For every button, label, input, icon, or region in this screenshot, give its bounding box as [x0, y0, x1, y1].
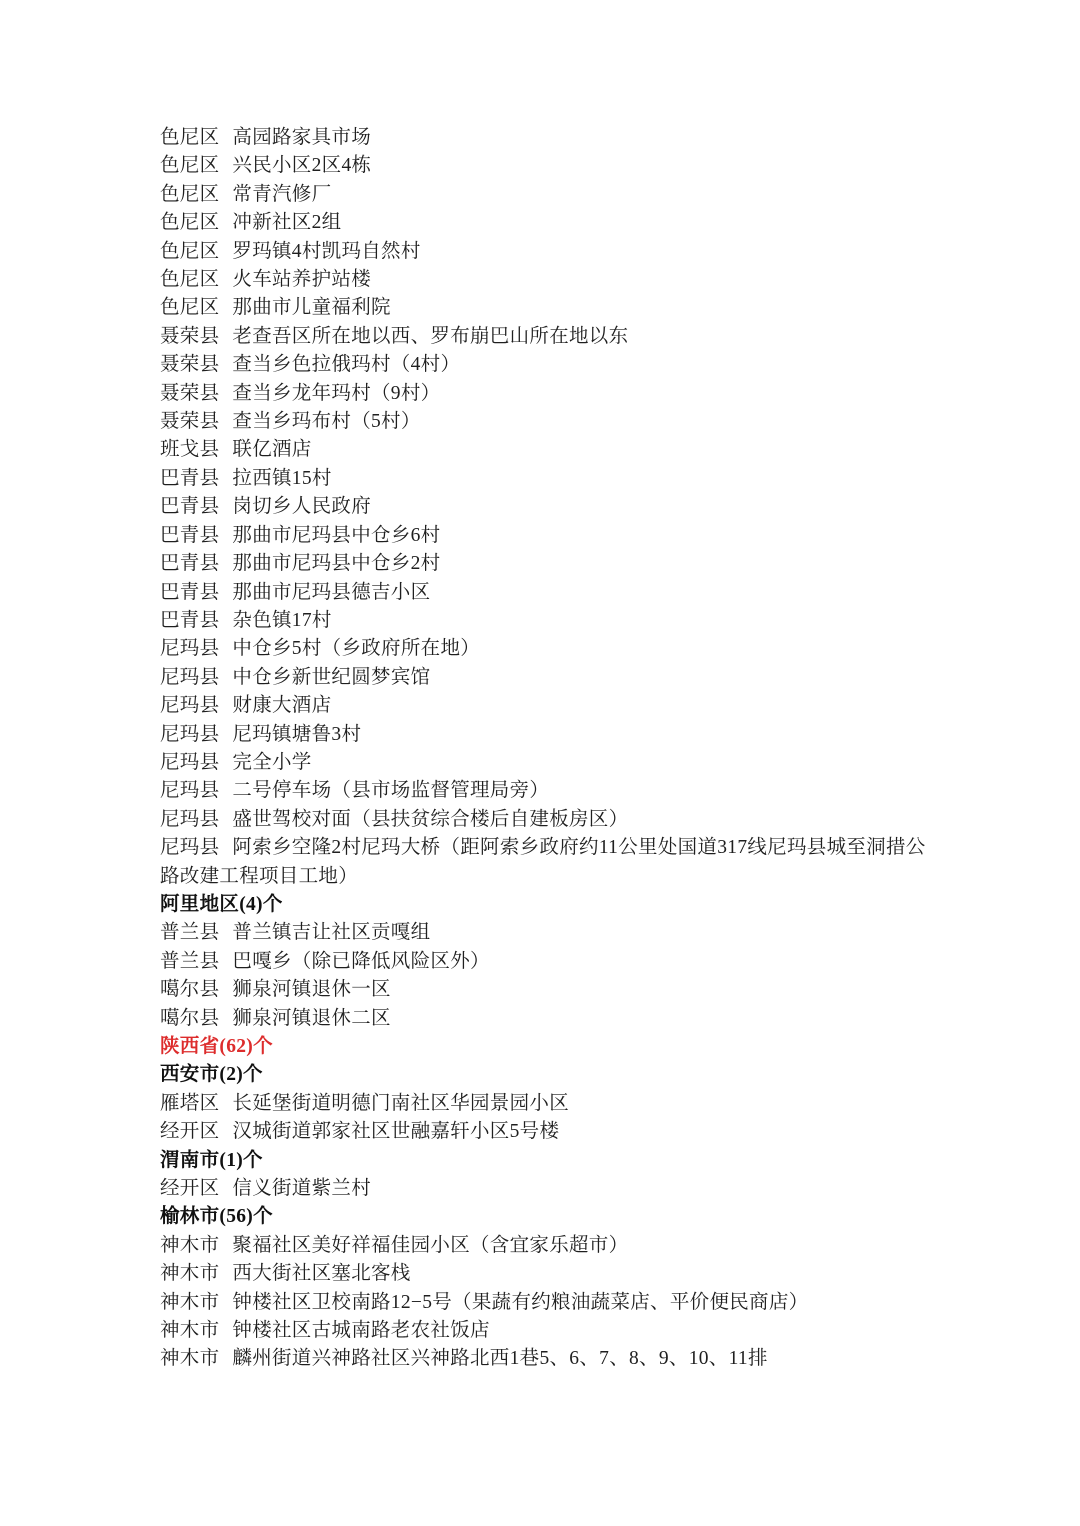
- county-label: 色尼区: [160, 127, 219, 148]
- city-header: 榆林市(56)个: [160, 1203, 926, 1231]
- place-text: 麟州街道兴神路社区兴神路北西1巷5、6、7、8、9、10、11排: [232, 1348, 767, 1369]
- list-item: 色尼区罗玛镇4村凯玛自然村: [160, 238, 926, 266]
- list-item: 聂荣县查当乡玛布村（5村）: [160, 408, 926, 436]
- place-text: 查当乡色拉俄玛村（4村）: [232, 354, 460, 375]
- list-item: 巴青县那曲市尼玛县中仓乡2村: [160, 550, 926, 578]
- list-item: 神木市西大街社区塞北客栈: [160, 1260, 926, 1288]
- list-item: 巴青县杂色镇17村: [160, 607, 926, 635]
- place-text: 查当乡玛布村（5村）: [232, 411, 420, 432]
- county-label: 神木市: [160, 1292, 219, 1313]
- list-item: 聂荣县老查吾区所在地以西、罗布崩巴山所在地以东: [160, 323, 926, 351]
- county-label: 色尼区: [160, 241, 219, 262]
- place-text: 狮泉河镇退休一区: [232, 979, 390, 1000]
- place-text: 联亿酒店: [232, 439, 311, 460]
- place-text: 中仓乡5村（乡政府所在地）: [232, 638, 480, 659]
- county-label: 尼玛县: [160, 780, 219, 801]
- place-text: 完全小学: [232, 752, 311, 773]
- list-item: 噶尔县狮泉河镇退休二区: [160, 1005, 926, 1033]
- place-text: 汉城街道郭家社区世融嘉轩小区5号楼: [232, 1121, 559, 1142]
- place-text: 盛世驾校对面（县扶贫综合楼后自建板房区）: [232, 809, 628, 830]
- list-item: 色尼区高园路家具市场: [160, 124, 926, 152]
- place-text: 中仓乡新世纪圆梦宾馆: [232, 667, 430, 688]
- place-text: 普兰镇吉让社区贡嘎组: [232, 922, 430, 943]
- list-item: 经开区汉城街道郭家社区世融嘉轩小区5号楼: [160, 1118, 926, 1146]
- place-text: 拉西镇15村: [232, 468, 331, 489]
- place-text: 岗切乡人民政府: [232, 496, 371, 517]
- county-label: 色尼区: [160, 212, 219, 233]
- list-item: 经开区信义街道紫兰村: [160, 1175, 926, 1203]
- list-item: 尼玛县完全小学: [160, 749, 926, 777]
- list-item: 聂荣县查当乡龙年玛村（9村）: [160, 380, 926, 408]
- county-label: 巴青县: [160, 610, 219, 631]
- place-text: 信义街道紫兰村: [232, 1178, 371, 1199]
- list-item: 色尼区常青汽修厂: [160, 181, 926, 209]
- list-item: 神木市麟州街道兴神路社区兴神路北西1巷5、6、7、8、9、10、11排: [160, 1345, 926, 1373]
- list-item: 巴青县那曲市尼玛县中仓乡6村: [160, 522, 926, 550]
- county-label: 雁塔区: [160, 1093, 219, 1114]
- county-label: 神木市: [160, 1348, 219, 1369]
- county-label: 巴青县: [160, 468, 219, 489]
- county-label: 色尼区: [160, 269, 219, 290]
- list-item: 尼玛县阿索乡空隆2村尼玛大桥（距阿索乡政府约11公里处国道317线尼玛县城至洞措…: [160, 834, 926, 891]
- place-text: 老查吾区所在地以西、罗布崩巴山所在地以东: [232, 326, 628, 347]
- place-text: 冲新社区2组: [232, 212, 341, 233]
- county-label: 尼玛县: [160, 837, 219, 858]
- place-text: 二号停车场（县市场监督管理局旁）: [232, 780, 549, 801]
- county-label: 经开区: [160, 1178, 219, 1199]
- place-text: 罗玛镇4村凯玛自然村: [232, 241, 420, 262]
- county-label: 巴青县: [160, 582, 219, 603]
- place-text: 兴民小区2区4栋: [232, 155, 371, 176]
- county-label: 聂荣县: [160, 383, 219, 404]
- county-label: 尼玛县: [160, 667, 219, 688]
- city-header: 渭南市(1)个: [160, 1147, 926, 1175]
- county-label: 巴青县: [160, 525, 219, 546]
- place-text: 那曲市尼玛县德吉小区: [232, 582, 430, 603]
- place-text: 阿索乡空隆2村尼玛大桥（距阿索乡政府约11公里处国道317线尼玛县城至洞措公路改…: [160, 837, 926, 886]
- place-text: 常青汽修厂: [232, 184, 331, 205]
- place-text: 火车站养护站楼: [232, 269, 371, 290]
- county-label: 噶尔县: [160, 1008, 219, 1029]
- list-item: 尼玛县中仓乡新世纪圆梦宾馆: [160, 664, 926, 692]
- place-text: 钟楼社区古城南路老农社饭店: [232, 1320, 489, 1341]
- place-text: 查当乡龙年玛村（9村）: [232, 383, 440, 404]
- place-text: 尼玛镇塘鲁3村: [232, 724, 361, 745]
- county-label: 普兰县: [160, 922, 219, 943]
- place-text: 巴嘎乡（除已降低风险区外）: [232, 951, 489, 972]
- list-item: 雁塔区长延堡街道明德门南社区华园景园小区: [160, 1090, 926, 1118]
- list-item: 尼玛县财康大酒店: [160, 692, 926, 720]
- list-item: 聂荣县查当乡色拉俄玛村（4村）: [160, 351, 926, 379]
- county-label: 神木市: [160, 1263, 219, 1284]
- list-item: 色尼区火车站养护站楼: [160, 266, 926, 294]
- list-item: 尼玛县二号停车场（县市场监督管理局旁）: [160, 777, 926, 805]
- list-item: 色尼区兴民小区2区4栋: [160, 152, 926, 180]
- place-text: 那曲市儿童福利院: [232, 297, 390, 318]
- county-label: 聂荣县: [160, 326, 219, 347]
- list-item: 巴青县那曲市尼玛县德吉小区: [160, 579, 926, 607]
- county-label: 聂荣县: [160, 354, 219, 375]
- county-label: 经开区: [160, 1121, 219, 1142]
- county-label: 巴青县: [160, 553, 219, 574]
- city-header: 西安市(2)个: [160, 1061, 926, 1089]
- county-label: 聂荣县: [160, 411, 219, 432]
- list-item: 神木市聚福社区美好祥福佳园小区（含宜家乐超市）: [160, 1232, 926, 1260]
- county-label: 班戈县: [160, 439, 219, 460]
- place-text: 杂色镇17村: [232, 610, 331, 631]
- province-header: 陕西省(62)个: [160, 1033, 926, 1061]
- place-text: 聚福社区美好祥福佳园小区（含宜家乐超市）: [232, 1235, 628, 1256]
- list-item: 色尼区冲新社区2组: [160, 209, 926, 237]
- county-label: 色尼区: [160, 184, 219, 205]
- list-item: 巴青县拉西镇15村: [160, 465, 926, 493]
- document-page: { "document": { "background": "#ffffff",…: [0, 0, 1080, 1526]
- place-text: 那曲市尼玛县中仓乡2村: [232, 553, 440, 574]
- list-item: 班戈县联亿酒店: [160, 436, 926, 464]
- list-item: 尼玛县盛世驾校对面（县扶贫综合楼后自建板房区）: [160, 806, 926, 834]
- county-label: 尼玛县: [160, 809, 219, 830]
- list-item: 神木市钟楼社区卫校南路12−5号（果蔬有约粮油蔬菜店、平价便民商店）: [160, 1289, 926, 1317]
- city-header: 阿里地区(4)个: [160, 891, 926, 919]
- county-label: 巴青县: [160, 496, 219, 517]
- county-label: 神木市: [160, 1320, 219, 1341]
- list-item: 神木市钟楼社区古城南路老农社饭店: [160, 1317, 926, 1345]
- county-label: 尼玛县: [160, 695, 219, 716]
- place-text: 钟楼社区卫校南路12−5号（果蔬有约粮油蔬菜店、平价便民商店）: [232, 1292, 808, 1313]
- list-item: 色尼区那曲市儿童福利院: [160, 294, 926, 322]
- county-label: 神木市: [160, 1235, 219, 1256]
- list-item: 普兰县普兰镇吉让社区贡嘎组: [160, 919, 926, 947]
- county-label: 尼玛县: [160, 724, 219, 745]
- list-item: 普兰县巴嘎乡（除已降低风险区外）: [160, 948, 926, 976]
- place-text: 狮泉河镇退休二区: [232, 1008, 390, 1029]
- county-label: 色尼区: [160, 297, 219, 318]
- risk-area-list: 色尼区高园路家具市场色尼区兴民小区2区4栋色尼区常青汽修厂色尼区冲新社区2组色尼…: [160, 124, 926, 1374]
- place-text: 长延堡街道明德门南社区华园景园小区: [232, 1093, 569, 1114]
- county-label: 尼玛县: [160, 752, 219, 773]
- place-text: 财康大酒店: [232, 695, 331, 716]
- county-label: 普兰县: [160, 951, 219, 972]
- place-text: 那曲市尼玛县中仓乡6村: [232, 525, 440, 546]
- place-text: 西大街社区塞北客栈: [232, 1263, 410, 1284]
- county-label: 噶尔县: [160, 979, 219, 1000]
- county-label: 色尼区: [160, 155, 219, 176]
- list-item: 尼玛县尼玛镇塘鲁3村: [160, 721, 926, 749]
- list-item: 噶尔县狮泉河镇退休一区: [160, 976, 926, 1004]
- county-label: 尼玛县: [160, 638, 219, 659]
- list-item: 尼玛县中仓乡5村（乡政府所在地）: [160, 635, 926, 663]
- list-item: 巴青县岗切乡人民政府: [160, 493, 926, 521]
- place-text: 高园路家具市场: [232, 127, 371, 148]
